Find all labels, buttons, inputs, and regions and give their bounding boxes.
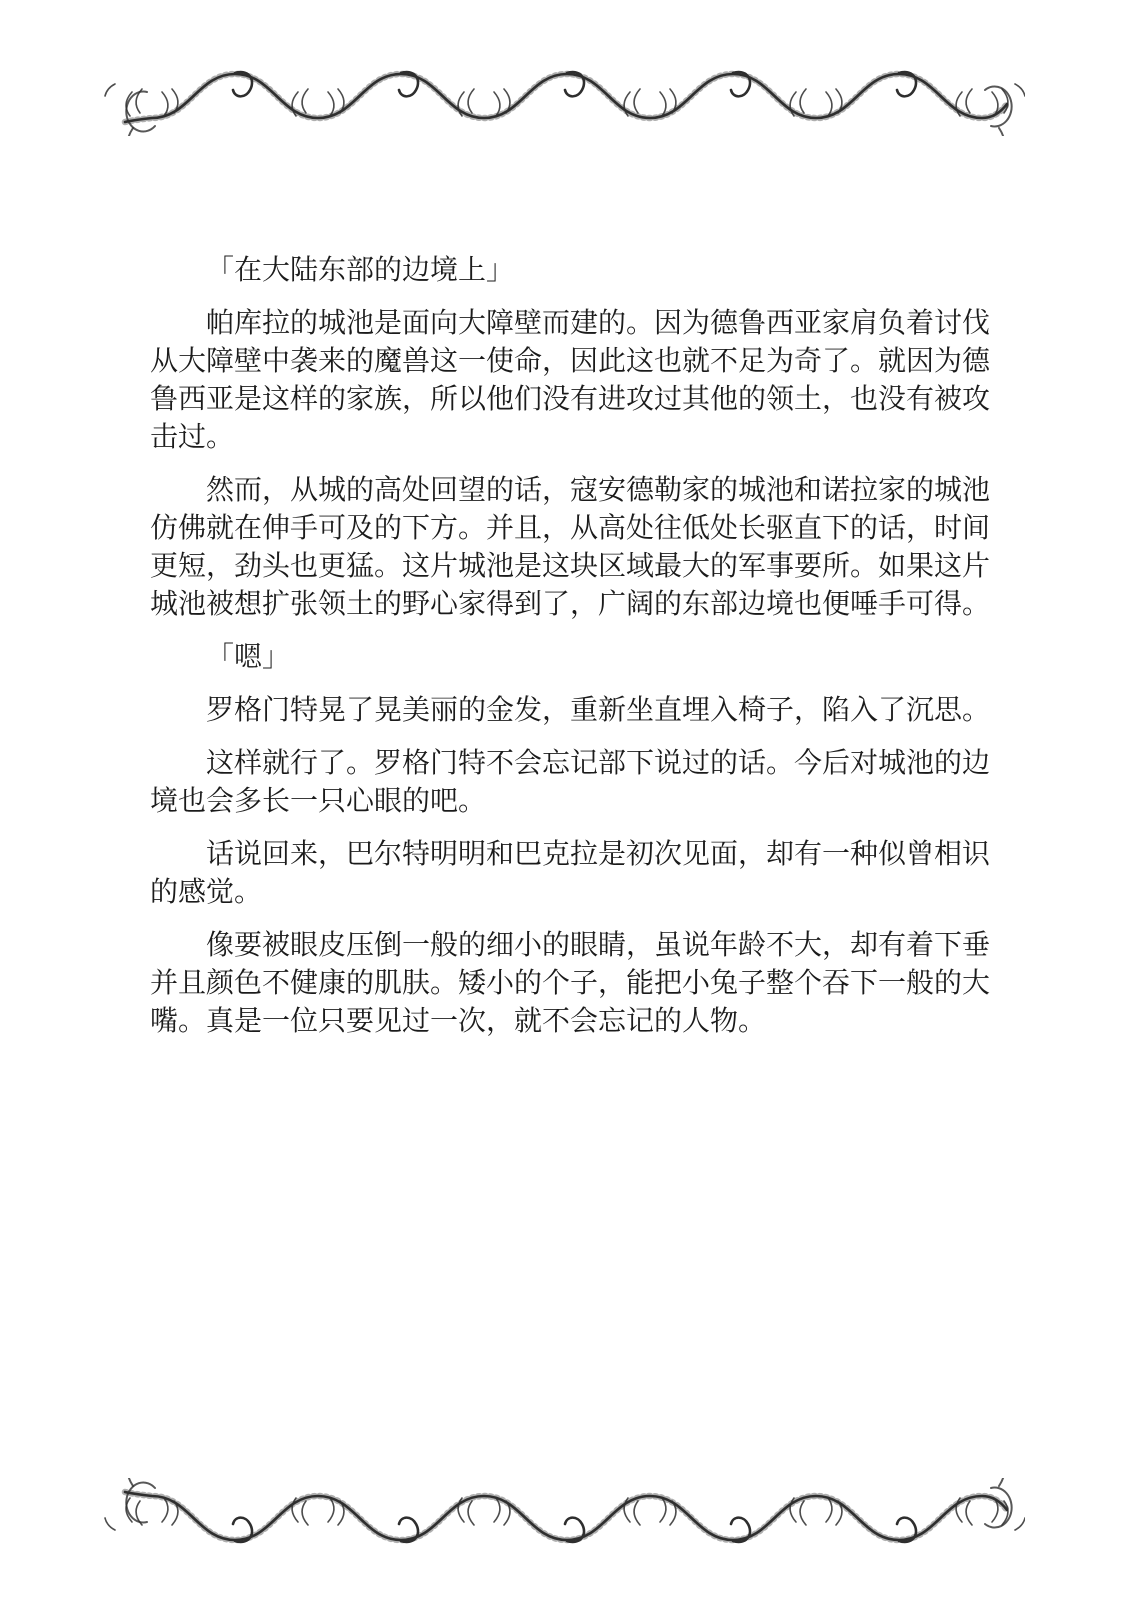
- top-flourish-icon: [85, 60, 1025, 136]
- narration-paragraph: 话说回来，巴尔特明明和巴克拉是初次见面，却有一种似曾相识 的感觉。: [150, 836, 992, 912]
- dialogue-paragraph: 「嗯」: [150, 639, 992, 677]
- page-text: 「在大陆东部的边境上」帕库拉的城池是面向大障壁而建的。因为德鲁西亚家肩负着讨伐 …: [150, 252, 992, 1056]
- narration-paragraph: 这样就行了。罗格门特不会忘记部下说过的话。今后对城池的边 境也会多长一只心眼的吧…: [150, 745, 992, 821]
- narration-paragraph: 罗格门特晃了晃美丽的金发，重新坐直埋入椅子，陷入了沉思。: [150, 692, 992, 730]
- narration-paragraph: 帕库拉的城池是面向大障壁而建的。因为德鲁西亚家肩负着讨伐 从大障壁中袭来的魔兽这…: [150, 305, 992, 457]
- dialogue-paragraph: 「在大陆东部的边境上」: [150, 252, 992, 290]
- book-page: 「在大陆东部的边境上」帕库拉的城池是面向大障壁而建的。因为德鲁西亚家肩负着讨伐 …: [0, 0, 1144, 1617]
- narration-paragraph: 像要被眼皮压倒一般的细小的眼睛，虽说年龄不大，却有着下垂 并且颜色不健康的肌肤。…: [150, 927, 992, 1041]
- bottom-flourish-icon: [85, 1478, 1025, 1554]
- narration-paragraph: 然而，从城的高处回望的话，寇安德勒家的城池和诺拉家的城池 仿佛就在伸手可及的下方…: [150, 472, 992, 624]
